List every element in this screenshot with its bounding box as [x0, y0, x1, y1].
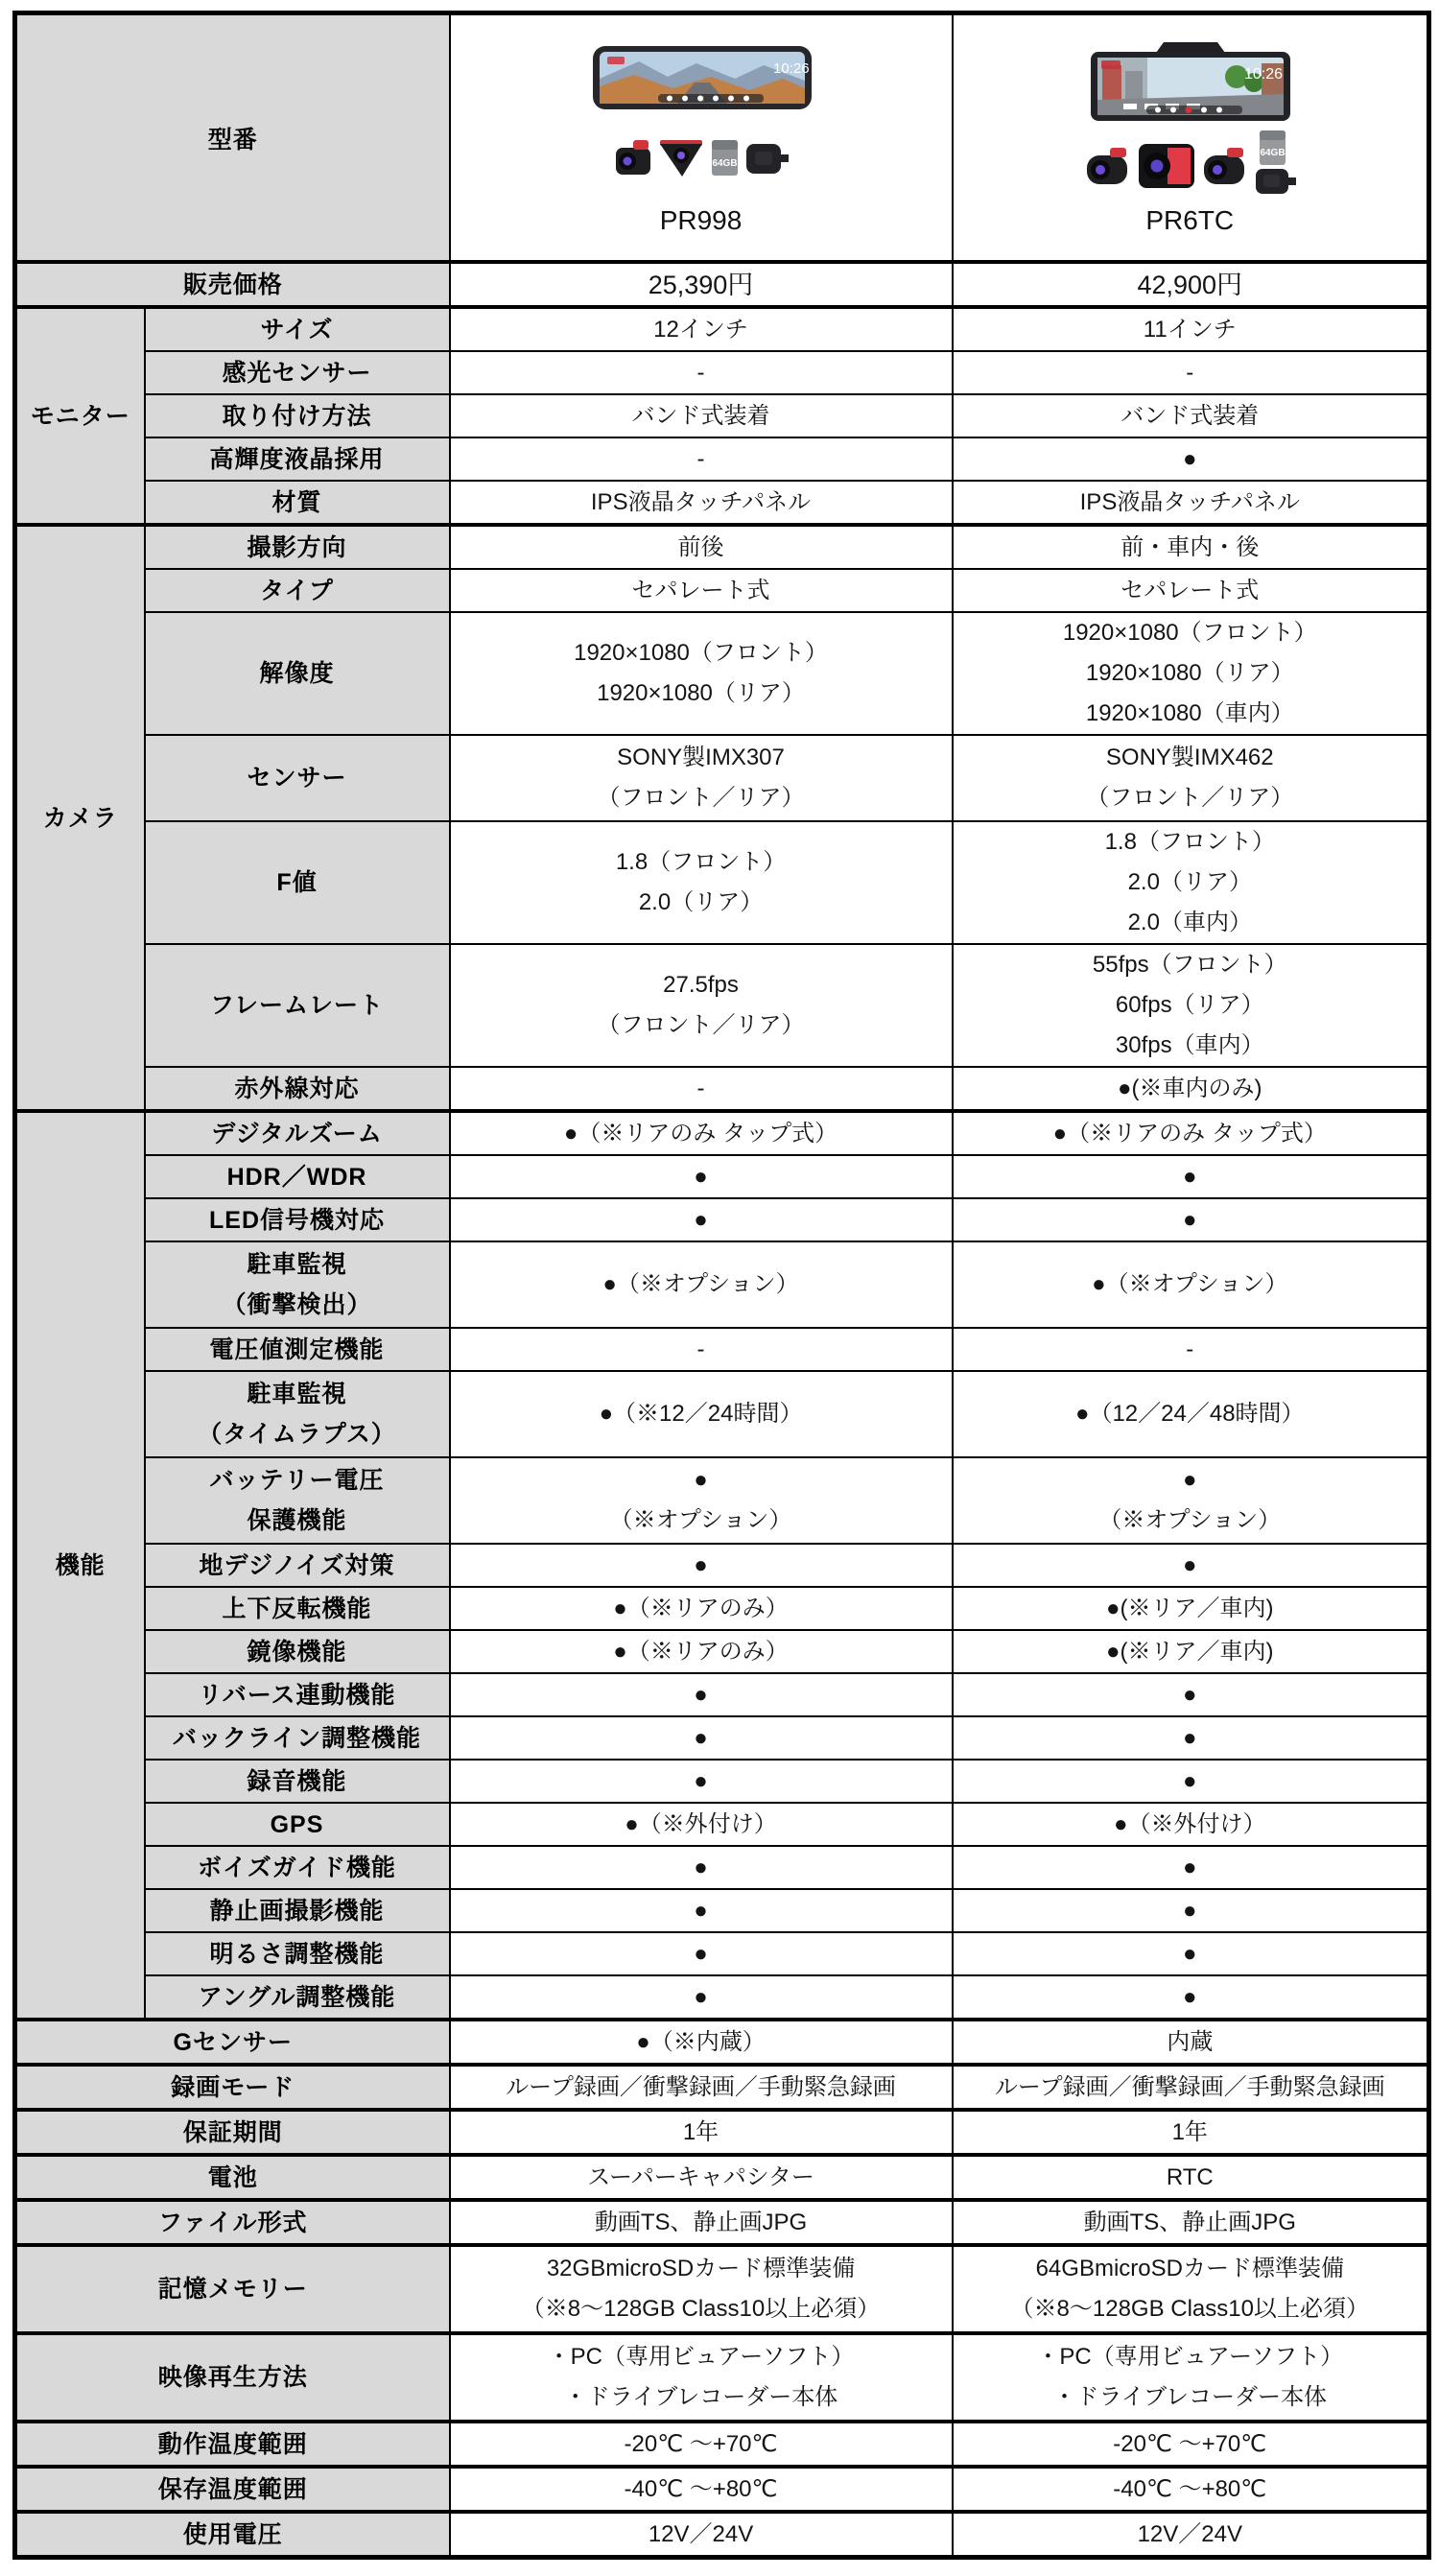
cell-line: 1920×1080（車内） — [954, 694, 1427, 734]
value-cell-pr6tc: バンド式装着 — [953, 394, 1429, 437]
monitor-dashcam: 10:26 — [1091, 42, 1290, 121]
spec-row: フレームレート27.5fps（フロント／リア）55fps（フロント）60fps（… — [15, 944, 1429, 1067]
spec-row: 販売価格25,390円42,900円 — [15, 262, 1429, 307]
cell-line: ● — [451, 1157, 952, 1197]
value-cell-pr998: ●（※リアのみ） — [450, 1587, 953, 1630]
cell-line: 動画TS、静止画JPG — [954, 2203, 1427, 2243]
value-cell-pr6tc: - — [953, 351, 1429, 394]
row-label-cell: 撮影方向 — [145, 525, 450, 569]
cell-line: 録画モード — [17, 2068, 449, 2108]
cell-line: デジタルズーム — [146, 1114, 449, 1154]
cell-line: （※オプション） — [451, 1501, 952, 1541]
row-label-cell: センサー — [145, 735, 450, 821]
value-cell-pr6tc: ●（※リアのみ タップ式） — [953, 1111, 1429, 1155]
row-label-cell: 販売価格 — [15, 262, 450, 307]
cell-line: 前後 — [451, 528, 952, 568]
cell-line: ● — [954, 1934, 1427, 1974]
spec-row: センサーSONY製IMX307（フロント／リア）SONY製IMX462（フロント… — [15, 735, 1429, 821]
cell-line: 12V／24V — [954, 2515, 1427, 2555]
row-label-cell: サイズ — [145, 307, 450, 351]
cell-line: 駐車監視 — [146, 1244, 449, 1285]
value-cell-pr6tc: 動画TS、静止画JPG — [953, 2200, 1429, 2245]
cell-line: ●（※リアのみ） — [451, 1632, 952, 1672]
cell-line: セパレート式 — [451, 571, 952, 611]
cell-line: セパレート式 — [954, 571, 1427, 611]
cell-line: ・PC（専用ビュアーソフト） — [954, 2337, 1427, 2377]
cell-line: ●（※12／24時間） — [451, 1394, 952, 1434]
row-label-cell: 感光センサー — [145, 351, 450, 394]
cell-line: -20℃ ～+70℃ — [451, 2424, 952, 2465]
value-cell-pr998: ● — [450, 1975, 953, 2020]
cell-line: 地デジノイズ対策 — [146, 1546, 449, 1586]
side-camera-left — [1087, 148, 1127, 184]
cell-line: 1920×1080（フロント） — [451, 633, 952, 674]
svg-text:10:26: 10:26 — [1244, 66, 1283, 83]
cell-line: 42,900円 — [954, 265, 1427, 305]
value-cell-pr998: 25,390円 — [450, 262, 953, 307]
value-cell-pr6tc: RTC — [953, 2155, 1429, 2200]
row-label-cell: 高輝度液晶採用 — [145, 437, 450, 481]
cell-line: 1年 — [954, 2113, 1427, 2153]
row-label-cell: ファイル形式 — [15, 2200, 450, 2245]
cell-line: ● — [451, 1848, 952, 1888]
cell-line: 電池 — [17, 2158, 449, 2198]
cell-line: SONY製IMX462 — [954, 738, 1427, 778]
cell-line: 解像度 — [146, 653, 449, 694]
cell-line: ・ドライブレコーダー本体 — [451, 2377, 952, 2418]
cell-line: 高輝度液晶採用 — [146, 439, 449, 480]
cell-line: 動作温度範囲 — [17, 2424, 449, 2465]
row-label-cell: 電池 — [15, 2155, 450, 2200]
row-label-cell: 上下反転機能 — [145, 1587, 450, 1630]
row-label-cell: フレームレート — [145, 944, 450, 1067]
cell-line: （フロント／リア） — [954, 778, 1427, 818]
value-cell-pr6tc: 1920×1080（フロント）1920×1080（リア）1920×1080（車内… — [953, 612, 1429, 735]
value-cell-pr6tc: SONY製IMX462（フロント／リア） — [953, 735, 1429, 821]
cell-line: ● — [954, 1157, 1427, 1197]
cell-line: -40℃ ～+80℃ — [954, 2470, 1427, 2510]
cell-line: ●（※オプション） — [451, 1264, 952, 1305]
cell-line: ● — [451, 1718, 952, 1759]
cell-line: F値 — [146, 863, 449, 903]
cell-line: 1.8（フロント） — [451, 842, 952, 883]
value-cell-pr6tc: ●（※オプション） — [953, 1241, 1429, 1328]
side-camera-right — [1204, 148, 1244, 184]
value-cell-pr998: 1年 — [450, 2110, 953, 2155]
row-label-cell: 鏡像機能 — [145, 1630, 450, 1673]
cell-line: ● — [954, 439, 1427, 480]
row-label-cell: 静止画撮影機能 — [145, 1889, 450, 1932]
mirror-dashcam: 10:26 — [593, 46, 812, 109]
cell-line: サイズ — [146, 310, 449, 350]
cell-line: （※オプション） — [954, 1501, 1427, 1541]
cell-line: ● — [451, 1460, 952, 1501]
cell-line: （フロント／リア） — [451, 1005, 952, 1046]
value-cell-pr998: 1920×1080（フロント）1920×1080（リア） — [450, 612, 953, 735]
value-cell-pr6tc: ● — [953, 1198, 1429, 1241]
product-photo-pr998-icon: 10:26 — [543, 40, 860, 201]
value-cell-pr6tc: ● — [953, 437, 1429, 481]
cell-line: 64GBmicroSDカード標準装備 — [954, 2249, 1427, 2289]
spec-comparison-table: 型番 — [12, 11, 1431, 2560]
cell-line: ● — [954, 1848, 1427, 1888]
value-cell-pr998: ●（※リアのみ） — [450, 1630, 953, 1673]
category-cell: カメラ — [15, 525, 145, 1111]
row-label-cell: 録音機能 — [145, 1760, 450, 1803]
value-cell-pr998: ●（※オプション） — [450, 1241, 953, 1328]
cell-line: 2.0（リア） — [451, 883, 952, 923]
row-label-cell: 電圧値測定機能 — [145, 1328, 450, 1371]
cell-line: ●（12／24／48時間） — [954, 1394, 1427, 1434]
cell-line: ●（※外付け） — [954, 1805, 1427, 1845]
cell-line: ●（※外付け） — [451, 1805, 952, 1845]
cell-line: ●（※オプション） — [954, 1264, 1427, 1305]
cell-line: 録音機能 — [146, 1761, 449, 1802]
spec-row: タイプセパレート式セパレート式 — [15, 569, 1429, 612]
product-name-pr6tc: PR6TC — [1145, 205, 1234, 236]
spec-row: 高輝度液晶採用-● — [15, 437, 1429, 481]
cell-line: モニター — [17, 396, 144, 437]
cell-line: 販売価格 — [17, 265, 449, 305]
value-cell-pr998: ●（※リアのみ タップ式） — [450, 1111, 953, 1155]
spec-row: ファイル形式動画TS、静止画JPG動画TS、静止画JPG — [15, 2200, 1429, 2245]
cell-line: ● — [451, 1891, 952, 1931]
cell-line: - — [451, 1069, 952, 1109]
cell-line: ● — [954, 1200, 1427, 1241]
cell-line: 内蔵 — [954, 2022, 1427, 2063]
cell-line: 1920×1080（リア） — [954, 653, 1427, 694]
value-cell-pr998: ● — [450, 1846, 953, 1889]
cell-line: GPS — [146, 1805, 449, 1845]
value-cell-pr6tc: 64GBmicroSDカード標準装備（※8～128GB Class10以上必須） — [953, 2245, 1429, 2333]
row-label-cell: 赤外線対応 — [145, 1067, 450, 1111]
value-cell-pr6tc: ●（※外付け） — [953, 1803, 1429, 1846]
cell-line: 12V／24V — [451, 2515, 952, 2555]
value-cell-pr998: -20℃ ～+70℃ — [450, 2422, 953, 2467]
category-cell: モニター — [15, 307, 145, 525]
cell-line: -40℃ ～+80℃ — [451, 2470, 952, 2510]
spec-row: 駐車監視（衝撃検出）●（※オプション）●（※オプション） — [15, 1241, 1429, 1328]
value-cell-pr998: ● — [450, 1932, 953, 1975]
cell-line: - — [954, 353, 1427, 393]
spec-row: 鏡像機能●（※リアのみ）●(※リア／車内) — [15, 1630, 1429, 1673]
value-cell-pr998: - — [450, 437, 953, 481]
cell-line: 1920×1080（リア） — [451, 674, 952, 714]
value-cell-pr998: 27.5fps（フロント／リア） — [450, 944, 953, 1067]
value-cell-pr6tc: ● — [953, 1673, 1429, 1716]
front-camera — [1139, 144, 1194, 188]
spec-row: 使用電圧12V／24V12V／24V — [15, 2512, 1429, 2558]
value-cell-pr998: 12インチ — [450, 307, 953, 351]
spec-row: 静止画撮影機能●● — [15, 1889, 1429, 1932]
cell-line: カメラ — [17, 798, 144, 839]
cell-line: ● — [451, 1546, 952, 1586]
row-label-cell: HDR／WDR — [145, 1155, 450, 1198]
value-cell-pr6tc: ●(※リア／車内) — [953, 1630, 1429, 1673]
cell-line: ● — [954, 1546, 1427, 1586]
spec-row: 保証期間1年1年 — [15, 2110, 1429, 2155]
product-photo-pr6tc-icon: 10:26 — [1031, 40, 1348, 201]
svg-text:64GB: 64GB — [712, 158, 737, 169]
cell-line: 32GBmicroSDカード標準装備 — [451, 2249, 952, 2289]
value-cell-pr998: ● — [450, 1760, 953, 1803]
cell-line: ・ドライブレコーダー本体 — [954, 2377, 1427, 2418]
spec-row: 上下反転機能●（※リアのみ）●(※リア／車内) — [15, 1587, 1429, 1630]
cell-line: センサー — [146, 758, 449, 798]
spec-row: バッテリー電圧保護機能●（※オプション）●（※オプション） — [15, 1457, 1429, 1544]
spec-row: 解像度1920×1080（フロント）1920×1080（リア）1920×1080… — [15, 612, 1429, 735]
value-cell-pr998: ●（※オプション） — [450, 1457, 953, 1544]
spec-row: アングル調整機能●● — [15, 1975, 1429, 2020]
value-cell-pr998: ●（※外付け） — [450, 1803, 953, 1846]
cell-line: 12インチ — [451, 310, 952, 350]
value-cell-pr6tc: ループ録画／衝撃録画／手動緊急録画 — [953, 2065, 1429, 2110]
spec-row: 機能デジタルズーム●（※リアのみ タップ式）●（※リアのみ タップ式） — [15, 1111, 1429, 1155]
row-label-cell: 保存温度範囲 — [15, 2467, 450, 2512]
page: { "header_row": { "label": "型番", "produc… — [0, 0, 1439, 2576]
value-cell-pr6tc: 1.8（フロント）2.0（リア）2.0（車内） — [953, 821, 1429, 944]
cell-line: 映像再生方法 — [17, 2357, 449, 2398]
value-cell-pr6tc: ● — [953, 1889, 1429, 1932]
sd-card: 64GB — [712, 140, 738, 176]
cell-line: ・PC（専用ビュアーソフト） — [451, 2337, 952, 2377]
value-cell-pr998: セパレート式 — [450, 569, 953, 612]
value-cell-pr998: ・PC（専用ビュアーソフト）・ドライブレコーダー本体 — [450, 2333, 953, 2422]
value-cell-pr6tc: ●(※車内のみ) — [953, 1067, 1429, 1111]
cell-line: HDR／WDR — [146, 1157, 449, 1197]
value-cell-pr6tc: ● — [953, 1155, 1429, 1198]
value-cell-pr6tc: - — [953, 1328, 1429, 1371]
cell-line: IPS液晶タッチパネル — [954, 483, 1427, 523]
value-cell-pr6tc: ●(※リア／車内) — [953, 1587, 1429, 1630]
cell-line: （衝撃検出） — [146, 1285, 449, 1325]
row-label-cell: 動作温度範囲 — [15, 2422, 450, 2467]
spec-row: 地デジノイズ対策●● — [15, 1544, 1429, 1587]
cell-line: アングル調整機能 — [146, 1977, 449, 2018]
spec-row: 録画モードループ録画／衝撃録画／手動緊急録画ループ録画／衝撃録画／手動緊急録画 — [15, 2065, 1429, 2110]
value-cell-pr6tc: ● — [953, 1932, 1429, 1975]
cell-line: 2.0（リア） — [954, 863, 1427, 903]
value-cell-pr998: IPS液晶タッチパネル — [450, 481, 953, 525]
value-cell-pr998: 12V／24V — [450, 2512, 953, 2558]
cell-line: 60fps（リア） — [954, 985, 1427, 1026]
cell-line: 記憶メモリー — [17, 2269, 449, 2309]
value-cell-pr998: SONY製IMX307（フロント／リア） — [450, 735, 953, 821]
row-label-cell: デジタルズーム — [145, 1111, 450, 1155]
row-label-cell: 材質 — [145, 481, 450, 525]
value-cell-pr998: - — [450, 1328, 953, 1371]
spec-row: LED信号機対応●● — [15, 1198, 1429, 1241]
row-label-cell: リバース連動機能 — [145, 1673, 450, 1716]
value-cell-pr6tc: ●（※オプション） — [953, 1457, 1429, 1544]
spec-row: カメラ撮影方向前後前・車内・後 — [15, 525, 1429, 569]
sd-card: 64GB — [1260, 130, 1286, 165]
cell-line: ● — [954, 1460, 1427, 1501]
value-cell-pr998: ● — [450, 1889, 953, 1932]
value-cell-pr6tc: 1年 — [953, 2110, 1429, 2155]
spec-row: 録音機能●● — [15, 1760, 1429, 1803]
cell-line: -20℃ ～+70℃ — [954, 2424, 1427, 2465]
cell-line: IPS液晶タッチパネル — [451, 483, 952, 523]
cell-line: 30fps（車内） — [954, 1026, 1427, 1066]
spec-row: ボイズガイド機能●● — [15, 1846, 1429, 1889]
spec-row: 電圧値測定機能-- — [15, 1328, 1429, 1371]
value-cell-pr6tc: -20℃ ～+70℃ — [953, 2422, 1429, 2467]
cell-line: フレームレート — [146, 985, 449, 1026]
value-cell-pr6tc: IPS液晶タッチパネル — [953, 481, 1429, 525]
cell-line: 電圧値測定機能 — [146, 1330, 449, 1370]
cell-line: 撮影方向 — [146, 528, 449, 568]
row-label-cell: タイプ — [145, 569, 450, 612]
value-cell-pr998: 動画TS、静止画JPG — [450, 2200, 953, 2245]
value-cell-pr998: -40℃ ～+80℃ — [450, 2467, 953, 2512]
value-cell-pr6tc: -40℃ ～+80℃ — [953, 2467, 1429, 2512]
value-cell-pr6tc: ・PC（専用ビュアーソフト）・ドライブレコーダー本体 — [953, 2333, 1429, 2422]
cell-line: 感光センサー — [146, 353, 449, 393]
cell-line: 機能 — [17, 1546, 144, 1586]
spec-row: リバース連動機能●● — [15, 1673, 1429, 1716]
spec-row: バックライン調整機能●● — [15, 1716, 1429, 1760]
value-cell-pr6tc: 55fps（フロント）60fps（リア）30fps（車内） — [953, 944, 1429, 1067]
row-label-cell: 録画モード — [15, 2065, 450, 2110]
cell-line: ● — [451, 1934, 952, 1974]
spec-row: 動作温度範囲-20℃ ～+70℃-20℃ ～+70℃ — [15, 2422, 1429, 2467]
spec-row: F値1.8（フロント）2.0（リア）1.8（フロント）2.0（リア）2.0（車内… — [15, 821, 1429, 944]
cell-line: バンド式装着 — [451, 396, 952, 437]
row-label-cell: 駐車監視（タイムラプス） — [145, 1371, 450, 1457]
value-cell-pr998: ● — [450, 1716, 953, 1760]
cell-line: 静止画撮影機能 — [146, 1891, 449, 1931]
spec-row: モニターサイズ12インチ11インチ — [15, 307, 1429, 351]
cell-line: 11インチ — [954, 310, 1427, 350]
spec-row: 記憶メモリー32GBmicroSDカード標準装備（※8～128GB Class1… — [15, 2245, 1429, 2333]
row-label-cell: ボイズガイド機能 — [145, 1846, 450, 1889]
value-cell-pr998: - — [450, 351, 953, 394]
cell-line: 55fps（フロント） — [954, 945, 1427, 985]
cell-line: - — [451, 1330, 952, 1370]
cell-line: ● — [451, 1675, 952, 1715]
row-label-cell: 保証期間 — [15, 2110, 450, 2155]
cell-line: リバース連動機能 — [146, 1675, 449, 1715]
cell-line: 保証期間 — [17, 2113, 449, 2153]
value-cell-pr6tc: セパレート式 — [953, 569, 1429, 612]
cell-line: - — [954, 1330, 1427, 1370]
value-cell-pr6tc: ● — [953, 1760, 1429, 1803]
category-cell: 機能 — [15, 1111, 145, 2020]
cell-line: ●(※車内のみ) — [954, 1069, 1427, 1109]
spec-row: GPS●（※外付け）●（※外付け） — [15, 1803, 1429, 1846]
cell-line: バンド式装着 — [954, 396, 1427, 437]
cell-line: ループ録画／衝撃録画／手動緊急録画 — [451, 2068, 952, 2108]
value-cell-pr998: ●（※12／24時間） — [450, 1371, 953, 1457]
rear-camera — [616, 140, 650, 175]
cell-line: 動画TS、静止画JPG — [451, 2203, 952, 2243]
cell-line: ● — [954, 1977, 1427, 2018]
cell-line: 材質 — [146, 483, 449, 523]
spec-row: 映像再生方法・PC（専用ビュアーソフト）・ドライブレコーダー本体・PC（専用ビュ… — [15, 2333, 1429, 2422]
value-cell-pr998: ●（※内蔵） — [450, 2020, 953, 2065]
row-label-cell: 地デジノイズ対策 — [145, 1544, 450, 1587]
svg-text:10:26: 10:26 — [773, 60, 810, 77]
value-cell-pr998: ● — [450, 1673, 953, 1716]
spec-row: 駐車監視（タイムラプス）●（※12／24時間）●（12／24／48時間） — [15, 1371, 1429, 1457]
value-cell-pr998: ループ録画／衝撃録画／手動緊急録画 — [450, 2065, 953, 2110]
cell-line: 1920×1080（フロント） — [954, 613, 1427, 653]
row-label-cell: 取り付け方法 — [145, 394, 450, 437]
cell-line: ● — [451, 1200, 952, 1241]
cell-line: タイプ — [146, 571, 449, 611]
spec-row: 保存温度範囲-40℃ ～+80℃-40℃ ～+80℃ — [15, 2467, 1429, 2512]
row-label-cell: バッテリー電圧保護機能 — [145, 1457, 450, 1544]
row-label-cell: 記憶メモリー — [15, 2245, 450, 2333]
cell-line: 前・車内・後 — [954, 528, 1427, 568]
row-label-cell: 駐車監視（衝撃検出） — [145, 1241, 450, 1328]
cell-line: 鏡像機能 — [146, 1632, 449, 1672]
value-cell-pr998: 32GBmicroSDカード標準装備（※8～128GB Class10以上必須） — [450, 2245, 953, 2333]
cell-line: ● — [954, 1718, 1427, 1759]
row-label-cell: 映像再生方法 — [15, 2333, 450, 2422]
value-cell-pr998: スーパーキャパシター — [450, 2155, 953, 2200]
gps-antenna — [746, 144, 789, 174]
cell-line: 上下反転機能 — [146, 1589, 449, 1629]
row-label-cell: アングル調整機能 — [145, 1975, 450, 2020]
value-cell-pr6tc: ●（12／24／48時間） — [953, 1371, 1429, 1457]
cell-line: 取り付け方法 — [146, 396, 449, 437]
spec-row: HDR／WDR●● — [15, 1155, 1429, 1198]
cell-line: 使用電圧 — [17, 2515, 449, 2555]
row-label-cell: GPS — [145, 1803, 450, 1846]
value-cell-pr998: 前後 — [450, 525, 953, 569]
spec-row: 取り付け方法バンド式装着バンド式装着 — [15, 394, 1429, 437]
cell-line: ●(※リア／車内) — [954, 1632, 1427, 1672]
cell-line: ● — [451, 1977, 952, 2018]
spec-row: 感光センサー-- — [15, 351, 1429, 394]
row-label-cell: 明るさ調整機能 — [145, 1932, 450, 1975]
cell-line: ファイル形式 — [17, 2203, 449, 2243]
value-cell-pr998: ● — [450, 1544, 953, 1587]
cell-line: 明るさ調整機能 — [146, 1934, 449, 1974]
product-cell-pr6tc: 10:26 — [953, 13, 1429, 263]
value-cell-pr6tc: 12V／24V — [953, 2512, 1429, 2558]
value-cell-pr6tc: 11インチ — [953, 307, 1429, 351]
cell-line: ●（※リアのみ） — [451, 1589, 952, 1629]
row-label-cell: Gセンサー — [15, 2020, 450, 2065]
row-label-cell: バックライン調整機能 — [145, 1716, 450, 1760]
cell-line: 2.0（車内） — [954, 903, 1427, 943]
value-cell-pr6tc: ● — [953, 1846, 1429, 1889]
cell-line: （※8～128GB Class10以上必須） — [954, 2289, 1427, 2329]
spec-row: 赤外線対応-●(※車内のみ) — [15, 1067, 1429, 1111]
value-cell-pr998: バンド式装着 — [450, 394, 953, 437]
cell-line: （※8～128GB Class10以上必須） — [451, 2289, 952, 2329]
cell-line: 駐車監視 — [146, 1374, 449, 1414]
row-label-cell: LED信号機対応 — [145, 1198, 450, 1241]
cell-line: 1.8（フロント） — [954, 822, 1427, 863]
spec-row: 明るさ調整機能●● — [15, 1932, 1429, 1975]
cell-line: 赤外線対応 — [146, 1069, 449, 1109]
spec-row: Gセンサー●（※内蔵）内蔵 — [15, 2020, 1429, 2065]
spec-row: 材質IPS液晶タッチパネルIPS液晶タッチパネル — [15, 481, 1429, 525]
value-cell-pr6tc: 内蔵 — [953, 2020, 1429, 2065]
cell-line: （フロント／リア） — [451, 778, 952, 818]
spec-row: 電池スーパーキャパシターRTC — [15, 2155, 1429, 2200]
product-cell-pr998: 10:26 — [450, 13, 953, 263]
cell-line: ● — [954, 1891, 1427, 1931]
value-cell-pr998: - — [450, 1067, 953, 1111]
cell-line: 27.5fps — [451, 965, 952, 1005]
cell-line: LED信号機対応 — [146, 1200, 449, 1241]
cell-line: バッテリー電圧 — [146, 1460, 449, 1501]
